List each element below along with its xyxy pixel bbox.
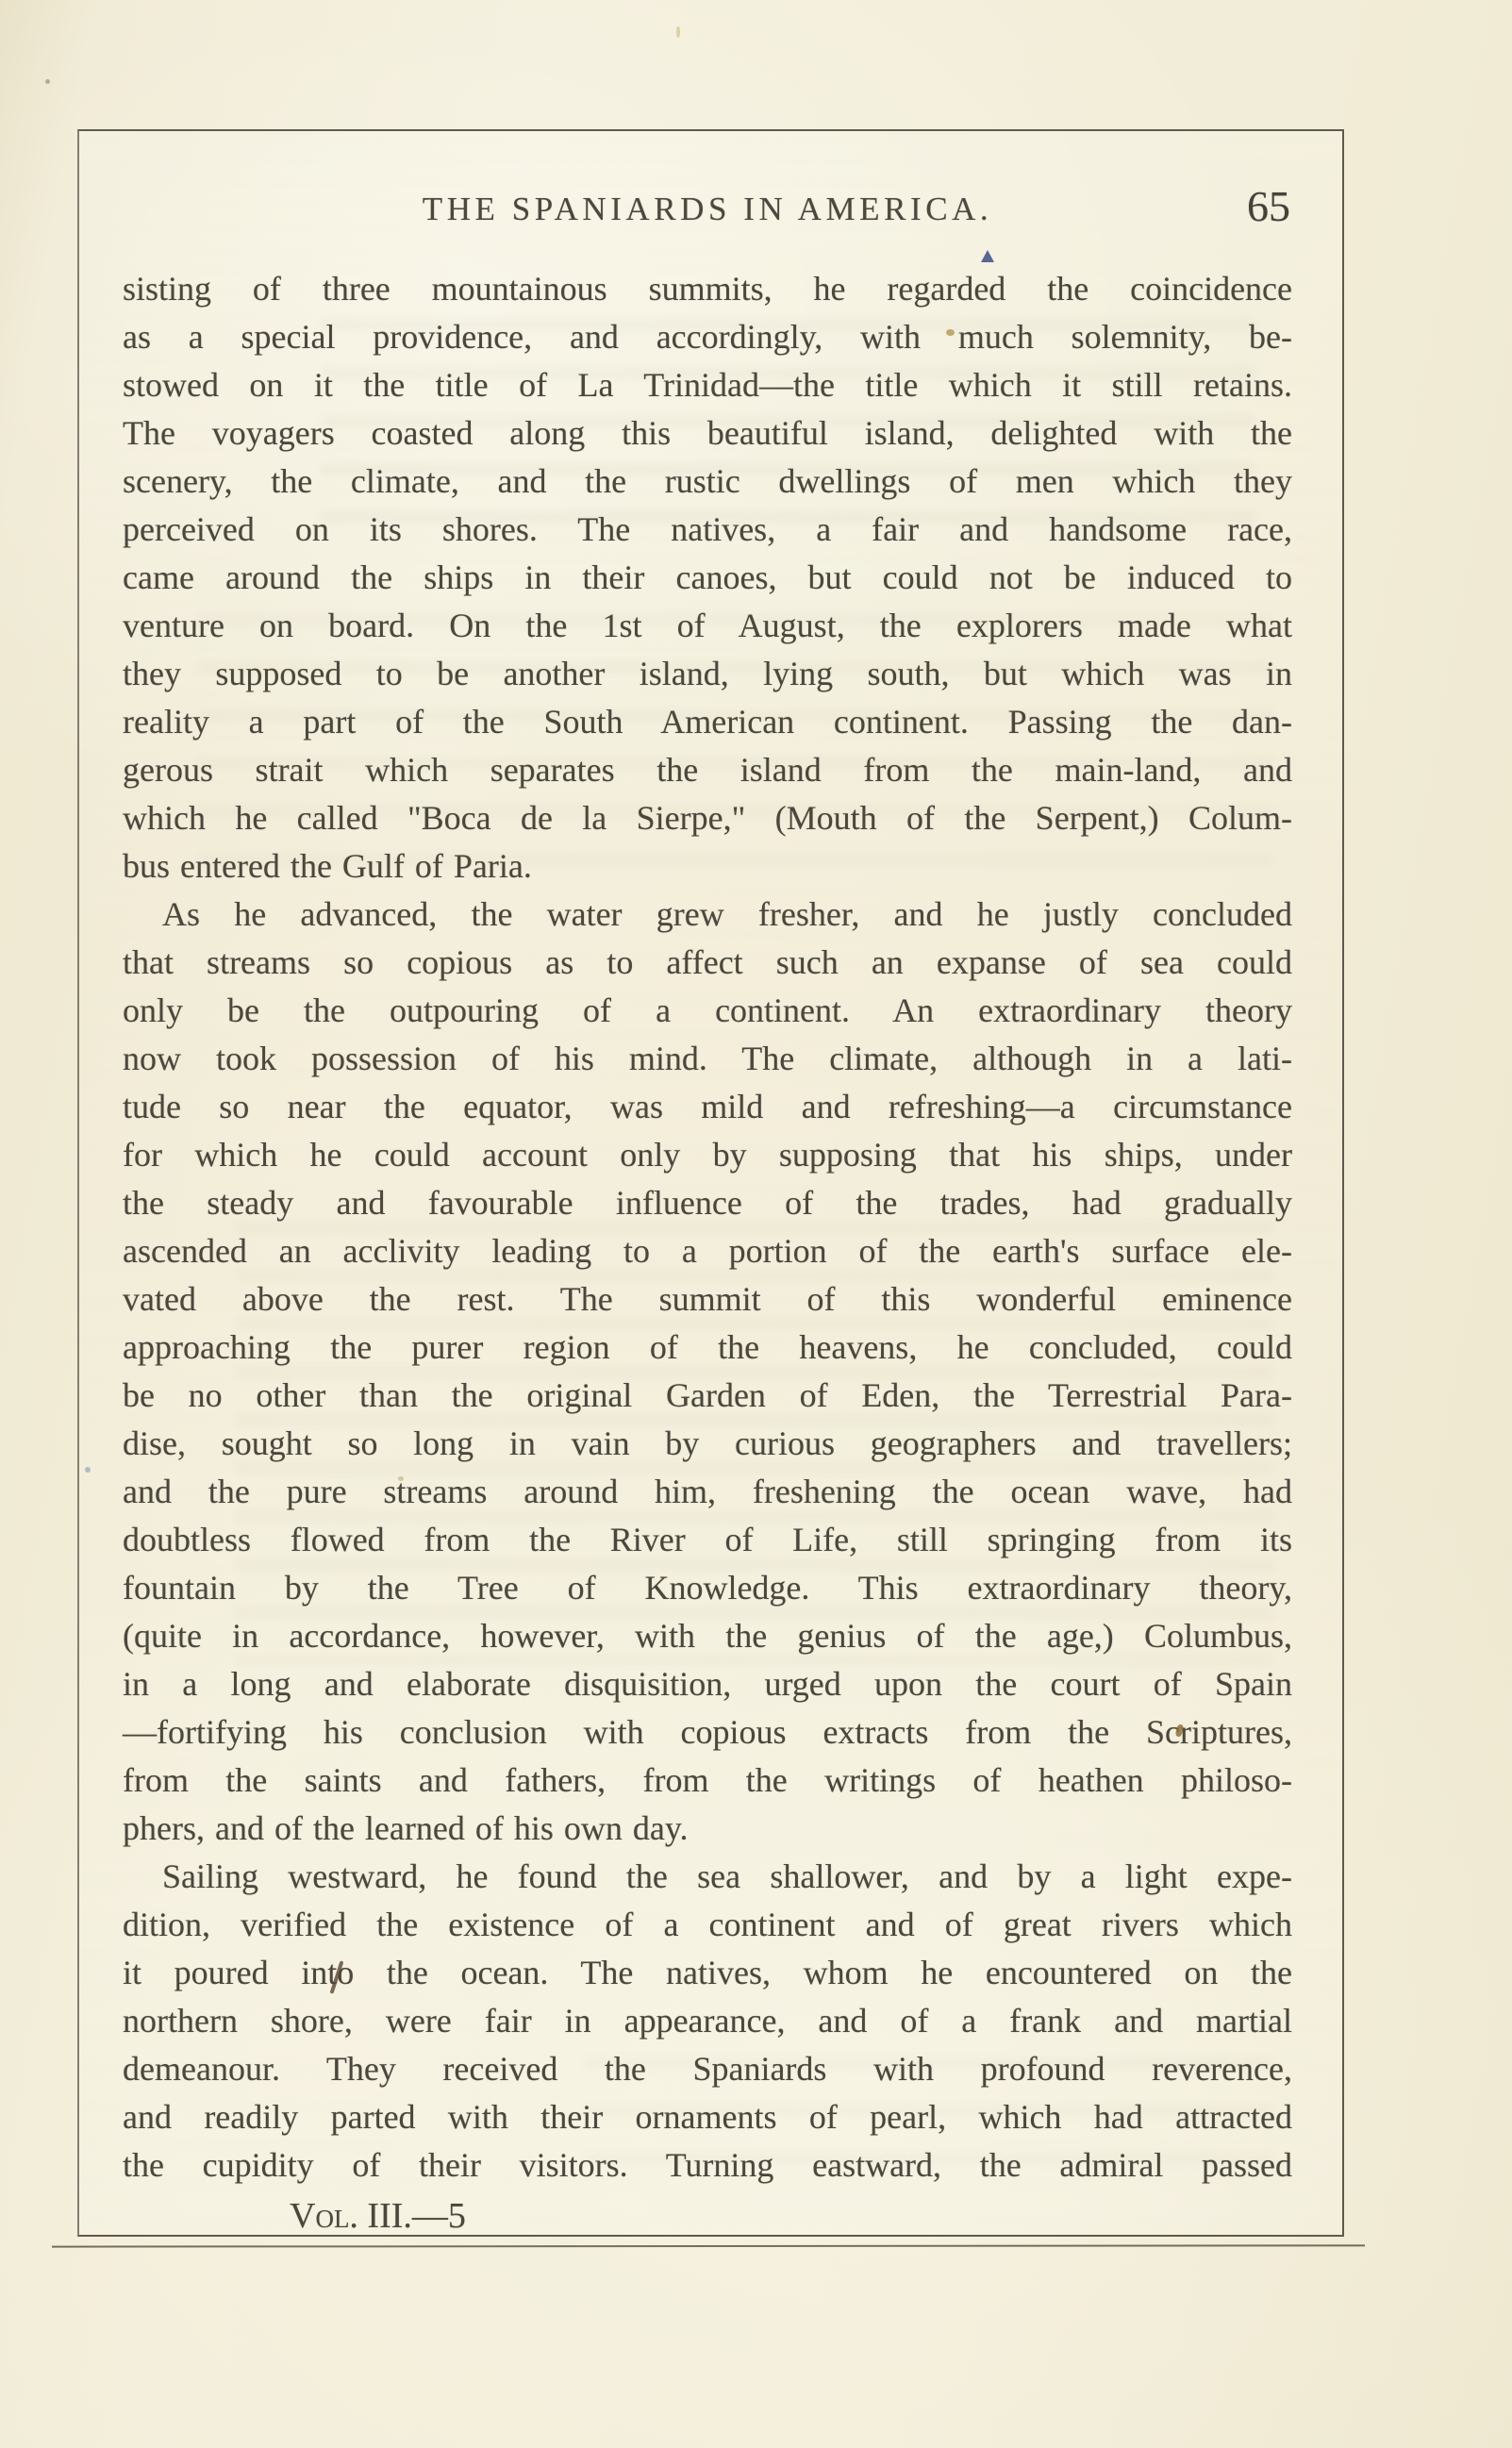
text-line: phers, and of the learned of his own day… xyxy=(123,1805,1292,1853)
ink-mark-triangle-icon xyxy=(981,250,994,262)
text-line: and readily parted with their ornaments … xyxy=(123,2093,1292,2141)
paper-speck xyxy=(398,1476,404,1481)
text-line: Sailing westward, he found the sea shall… xyxy=(123,1853,1292,1901)
page-number: 65 xyxy=(1247,182,1290,231)
text-line: venture on board. On the 1st of August, … xyxy=(123,602,1292,650)
text-line: as a special providence, and accordingly… xyxy=(123,313,1292,361)
running-title: THE SPANIARDS IN AMERICA. xyxy=(123,189,1292,230)
page-body-text: sisting of three mountainous summits, he… xyxy=(123,265,1292,2190)
bottom-rule xyxy=(52,2244,1365,2247)
text-line: came around the ships in their canoes, b… xyxy=(123,554,1292,602)
text-line: doubtless flowed from the River of Life,… xyxy=(123,1516,1292,1564)
text-line: gerous strait which separates the island… xyxy=(123,746,1292,794)
text-line: dition, verified the existence of a cont… xyxy=(123,1901,1292,1949)
text-line: only be the outpouring of a continent. A… xyxy=(123,987,1292,1035)
text-line: they supposed to be another island, lyin… xyxy=(123,650,1292,698)
text-line: As he advanced, the water grew fresher, … xyxy=(123,891,1292,939)
paper-speck xyxy=(45,79,50,84)
text-line: bus entered the Gulf of Paria. xyxy=(123,842,1292,891)
paper-speck xyxy=(676,26,680,38)
text-line: in a long and elaborate disquisition, ur… xyxy=(123,1660,1292,1708)
text-line: which he called "Boca de la Sierpe," (Mo… xyxy=(123,794,1292,842)
text-line: reality a part of the South American con… xyxy=(123,698,1292,746)
text-line: perceived on its shores. The natives, a … xyxy=(123,506,1292,554)
text-line: scenery, the climate, and the rustic dwe… xyxy=(123,458,1292,506)
text-line: vated above the rest. The summit of this… xyxy=(123,1275,1292,1324)
text-line: The voyagers coasted along this beautifu… xyxy=(123,409,1292,458)
text-line: fountain by the Tree of Knowledge. This … xyxy=(123,1564,1292,1612)
text-line: (quite in accordance, however, with the … xyxy=(123,1612,1292,1660)
text-line: northern shore, were fair in appearance,… xyxy=(123,1997,1292,2045)
paper-speck xyxy=(946,329,955,336)
text-line: and the pure streams around him, freshen… xyxy=(123,1468,1292,1516)
text-line: now took possession of his mind. The cli… xyxy=(123,1035,1292,1083)
text-line: be no other than the original Garden of … xyxy=(123,1372,1292,1420)
text-line: approaching the purer region of the heav… xyxy=(123,1324,1292,1372)
text-line: demeanour. They received the Spaniards w… xyxy=(123,2045,1292,2093)
text-line: ascended an acclivity leading to a porti… xyxy=(123,1227,1292,1275)
paper-speck xyxy=(85,1467,91,1473)
text-line: sisting of three mountainous summits, he… xyxy=(123,265,1292,313)
text-line: for which he could account only by suppo… xyxy=(123,1131,1292,1179)
text-line: the steady and favourable influence of t… xyxy=(123,1179,1292,1227)
text-line: dise, sought so long in vain by curious … xyxy=(123,1420,1292,1468)
scanned-book-page: THE SPANIARDS IN AMERICA. 65 sisting of … xyxy=(0,0,1512,2448)
text-line: from the saints and fathers, from the wr… xyxy=(123,1757,1292,1805)
text-line: stowed on it the title of La Trinidad—th… xyxy=(123,361,1292,409)
text-line: it poured into the ocean. The natives, w… xyxy=(123,1949,1292,1997)
text-line: the cupidity of their visitors. Turning … xyxy=(123,2141,1292,2190)
text-line: —fortifying his conclusion with copious … xyxy=(123,1708,1292,1757)
volume-signature: Vol. III.—5 xyxy=(290,2192,466,2240)
text-line: that streams so copious as to affect suc… xyxy=(123,939,1292,987)
text-line: tude so near the equator, was mild and r… xyxy=(123,1083,1292,1131)
page-header: THE SPANIARDS IN AMERICA. 65 xyxy=(123,189,1292,245)
